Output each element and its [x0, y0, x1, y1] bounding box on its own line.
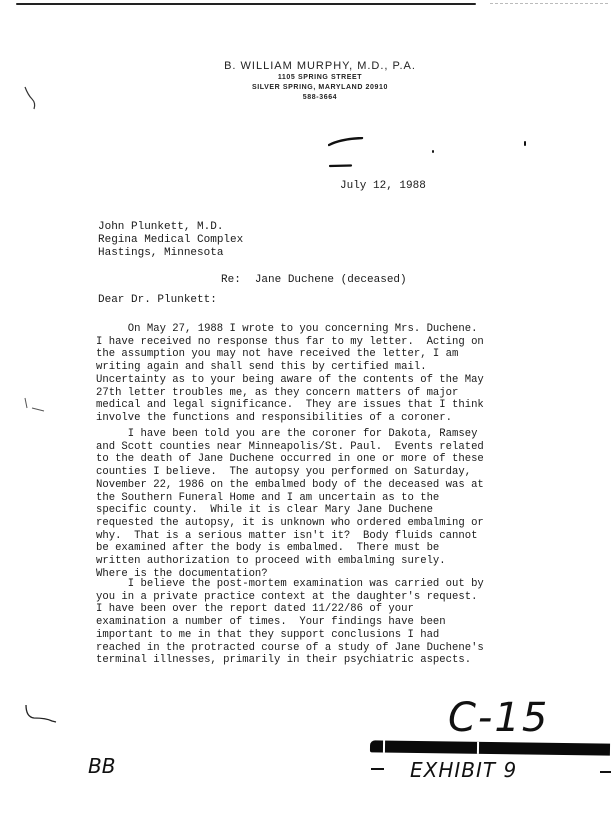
salutation: Dear Dr. Plunkett: [98, 294, 217, 306]
letterhead-street: 1105 SPRING STREET [200, 73, 440, 83]
recipient-name: John Plunkett, M.D. [98, 221, 243, 234]
pen-stroke [329, 163, 355, 169]
margin-mark [22, 85, 42, 111]
letterhead-city: SILVER SPRING, MARYLAND 20910 [200, 83, 440, 93]
top-edge-rule [16, 3, 476, 5]
body-paragraph: I believe the post-mortem examination wa… [96, 578, 556, 667]
letter-date: July 12, 1988 [340, 180, 426, 192]
letterhead-name: B. WILLIAM MURPHY, M.D., P.A. [200, 60, 440, 73]
margin-mark [22, 396, 52, 416]
recipient-organization: Regina Medical Complex [98, 234, 243, 247]
exhibit-code-handwritten: C-15 [448, 695, 549, 741]
exhibit-dash-left [371, 768, 384, 770]
speck-mark [524, 141, 526, 146]
pen-stroke [328, 137, 368, 149]
body-paragraph: On May 27, 1988 I wrote to you concernin… [96, 323, 556, 425]
recipient-address: John Plunkett, M.D. Regina Medical Compl… [98, 221, 243, 260]
subject-text: Jane Duchene (deceased) [255, 274, 407, 286]
subject-label: Re: [221, 274, 241, 286]
exhibit-label-handwritten: EXHIBIT 9 [410, 758, 517, 782]
recipient-location: Hastings, Minnesota [98, 247, 243, 260]
top-edge-faint-rule [490, 3, 608, 5]
subject-line: Re:Jane Duchene (deceased) [221, 274, 407, 286]
handwritten-initials: BB [88, 754, 115, 778]
margin-hook-mark [22, 703, 62, 725]
letterhead-phone: 588-3664 [200, 93, 440, 103]
body-paragraph: I have been told you are the coroner for… [96, 428, 556, 580]
exhibit-sticker-bar [370, 740, 610, 755]
exhibit-dash-right [600, 771, 611, 773]
letterhead: B. WILLIAM MURPHY, M.D., P.A. 1105 SPRIN… [200, 60, 440, 103]
speck-mark [432, 150, 434, 153]
